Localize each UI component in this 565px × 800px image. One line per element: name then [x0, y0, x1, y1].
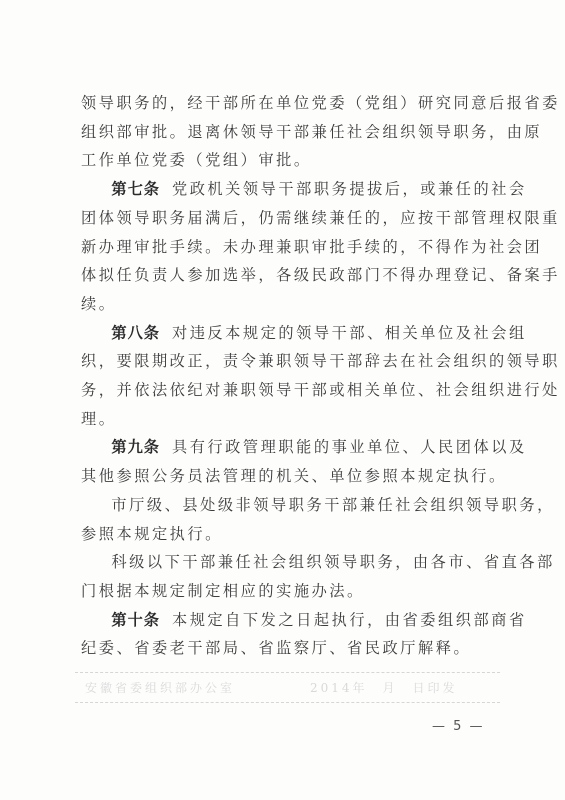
text-line: 织，要限期改正，责令兼职领导干部辞去在社会组织的领导职	[81, 347, 481, 376]
text-line: 第八条对违反本规定的领导干部、相关单位及社会组	[81, 319, 481, 348]
text-line: 领导职务的，经干部所在单位党委（党组）研究同意后报省委	[81, 89, 481, 118]
text-line: 新办理审批手续。未办理兼职审批手续的，不得作为社会团	[81, 233, 481, 262]
article-8: 第八条对违反本规定的领导干部、相关单位及社会组 织，要限期改正，责令兼职领导干部…	[81, 319, 481, 434]
footer-rule-bottom	[75, 702, 500, 703]
text-line: 续。	[81, 290, 481, 319]
footer-issuer-faint: 安徽省委组织部办公室	[85, 679, 235, 696]
article-9: 第九条具有行政管理职能的事业单位、人民团体以及 其他参照公务员法管理的机关、单位…	[81, 433, 481, 490]
text-line: 第七条党政机关领导干部职务提拔后，或兼任的社会	[81, 175, 481, 204]
article-number: 第八条	[111, 324, 160, 342]
paragraph-section-level-cadres: 科级以下干部兼任社会组织领导职务，由各市、省直各部 门根据本规定制定相应的实施办…	[81, 548, 481, 605]
article-text: 对违反本规定的领导干部、相关单位及社会组	[172, 324, 527, 342]
text-line: 组织部审批。退离休领导干部兼任社会组织领导职务，由原	[81, 118, 481, 147]
text-line: 科级以下干部兼任社会组织领导职务，由各市、省直各部	[81, 548, 481, 577]
article-text: 具有行政管理职能的事业单位、人民团体以及	[172, 438, 527, 456]
article-10: 第十条本规定自下发之日起执行，由省委组织部商省 纪委、省委老干部局、省监察厅、省…	[81, 606, 481, 663]
text-line: 工作单位党委（党组）审批。	[81, 146, 481, 175]
page-number: — 5 —	[432, 719, 485, 734]
text-line: 体拟任负责人参加选举，各级民政部门不得办理登记、备案手	[81, 261, 481, 290]
article-text: 本规定自下发之日起执行，由省委组织部商省	[172, 611, 527, 629]
text-line: 团体领导职务届满后，仍需继续兼任的，应按干部管理权限重	[81, 204, 481, 233]
issuance-footer: 安徽省委组织部办公室 2014年 月 日印发	[75, 670, 500, 706]
text-line: 门根据本规定制定相应的实施办法。	[81, 577, 481, 606]
footer-date-faint: 2014年 月 日印发	[310, 679, 458, 696]
footer-rule-top	[75, 672, 500, 673]
text-line: 参照本规定执行。	[81, 520, 481, 549]
text-line: 理。	[81, 405, 481, 434]
article-number: 第七条	[111, 180, 160, 198]
continued-paragraph: 领导职务的，经干部所在单位党委（党组）研究同意后报省委 组织部审批。退离休领导干…	[81, 89, 481, 175]
article-number: 第十条	[111, 611, 160, 629]
text-line: 第九条具有行政管理职能的事业单位、人民团体以及	[81, 433, 481, 462]
text-line: 其他参照公务员法管理的机关、单位参照本规定执行。	[81, 462, 481, 491]
text-line: 第十条本规定自下发之日起执行，由省委组织部商省	[81, 606, 481, 635]
text-line: 纪委、省委老干部局、省监察厅、省民政厅解释。	[81, 634, 481, 663]
text-line: 务，并依法依纪对兼职领导干部或相关单位、社会组织进行处	[81, 376, 481, 405]
document-page: 领导职务的，经干部所在单位党委（党组）研究同意后报省委 组织部审批。退离休领导干…	[0, 0, 565, 800]
article-text: 党政机关领导干部职务提拔后，或兼任的社会	[172, 180, 527, 198]
paragraph-non-leading-cadres: 市厅级、县处级非领导职务干部兼任社会组织领导职务， 参照本规定执行。	[81, 491, 481, 548]
document-body: 领导职务的，经干部所在单位党委（党组）研究同意后报省委 组织部审批。退离休领导干…	[81, 89, 481, 663]
article-7: 第七条党政机关领导干部职务提拔后，或兼任的社会 团体领导职务届满后，仍需继续兼任…	[81, 175, 481, 319]
text-line: 市厅级、县处级非领导职务干部兼任社会组织领导职务，	[81, 491, 481, 520]
article-number: 第九条	[111, 438, 160, 456]
